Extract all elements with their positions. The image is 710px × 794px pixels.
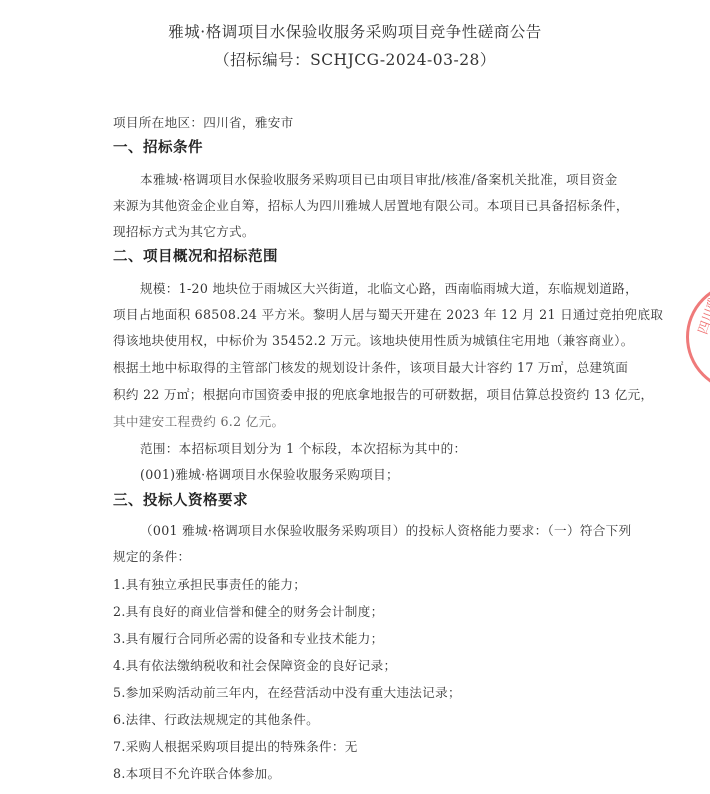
tender-number: （招标编号：SCHJCG-2024-03-28）: [0, 48, 710, 70]
qualification-item: 8.本项目不允许联合体参加。: [113, 763, 280, 782]
document-title: 雅城·格调项目水保验收服务采购项目竞争性磋商公告: [0, 20, 710, 42]
section1-paragraph-line: 来源为其他资金企业自筹，招标人为四川雅城人居置地有限公司。本项目已具备招标条件，: [113, 195, 629, 214]
qualification-item: 5.参加采购活动前三年内，在经营活动中没有重大违法记录；: [113, 682, 461, 701]
qualification-item: 1.具有独立承担民事责任的能力；: [113, 574, 306, 593]
section2-paragraph-line: 规模：1-20 地块位于雨城区大兴街道，北临文心路，西南临雨城大道，东临规划道路…: [140, 278, 638, 297]
qualification-item: 6.法律、行政法规规定的其他条件。: [113, 709, 319, 728]
section1-paragraph-line: 本雅城·格调项目水保验收服务采购项目已由项目审批/核准/备案机关批准，项目资金: [140, 169, 618, 188]
section3-paragraph-line: （001 雅城·格调项目水保验收服务采购项目）的投标人资格能力要求：（一）符合下…: [140, 520, 631, 539]
qualification-item: 4.具有依法缴纳税收和社会保障资金的良好记录；: [113, 655, 396, 674]
section2-paragraph-line: 项目占地面积 68508.24 平方米。黎明人居与蜀天开建在 2023 年 12…: [113, 304, 663, 323]
qualification-item: 3.具有履行合同所必需的设备和专业技术能力；: [113, 628, 384, 647]
section1-paragraph-line: 现招标方式为其它方式。: [113, 221, 255, 240]
scope-line: 范围：本招标项目划分为 1 个标段，本次招标为其中的：: [140, 438, 466, 457]
project-region: 项目所在地区：四川省，雅安市: [113, 112, 294, 131]
section3-paragraph-line: 规定的条件：: [113, 546, 190, 565]
qualification-item: 7.采购人根据采购项目提出的特殊条件：无: [113, 736, 358, 755]
section2-paragraph-line: 积约 22 万㎡；根据向市国资委申报的兜底拿地报告的可研数据，项目估算总投资约 …: [113, 384, 653, 403]
section-heading-1: 一、招标条件: [113, 136, 203, 157]
lot-line: (001)雅城·格调项目水保验收服务采购项目；: [140, 464, 399, 483]
section2-paragraph-line: 得该地块使用权，中标价为 35452.2 万元。该地块使用性质为城镇住宅用地（兼…: [113, 330, 634, 349]
qualification-item: 2.具有良好的商业信誉和健全的财务会计制度；: [113, 601, 384, 620]
section-heading-2: 二、项目概况和招标范围: [113, 245, 278, 266]
section2-paragraph-line: 其中建安工程费约 6.2 亿元。: [113, 411, 284, 430]
section-heading-3: 三、投标人资格要求: [113, 489, 248, 510]
section2-paragraph-line: 根据土地中标取得的主管部门核发的规划设计条件，该项目最大计容约 17 万㎡，总建…: [113, 357, 628, 376]
